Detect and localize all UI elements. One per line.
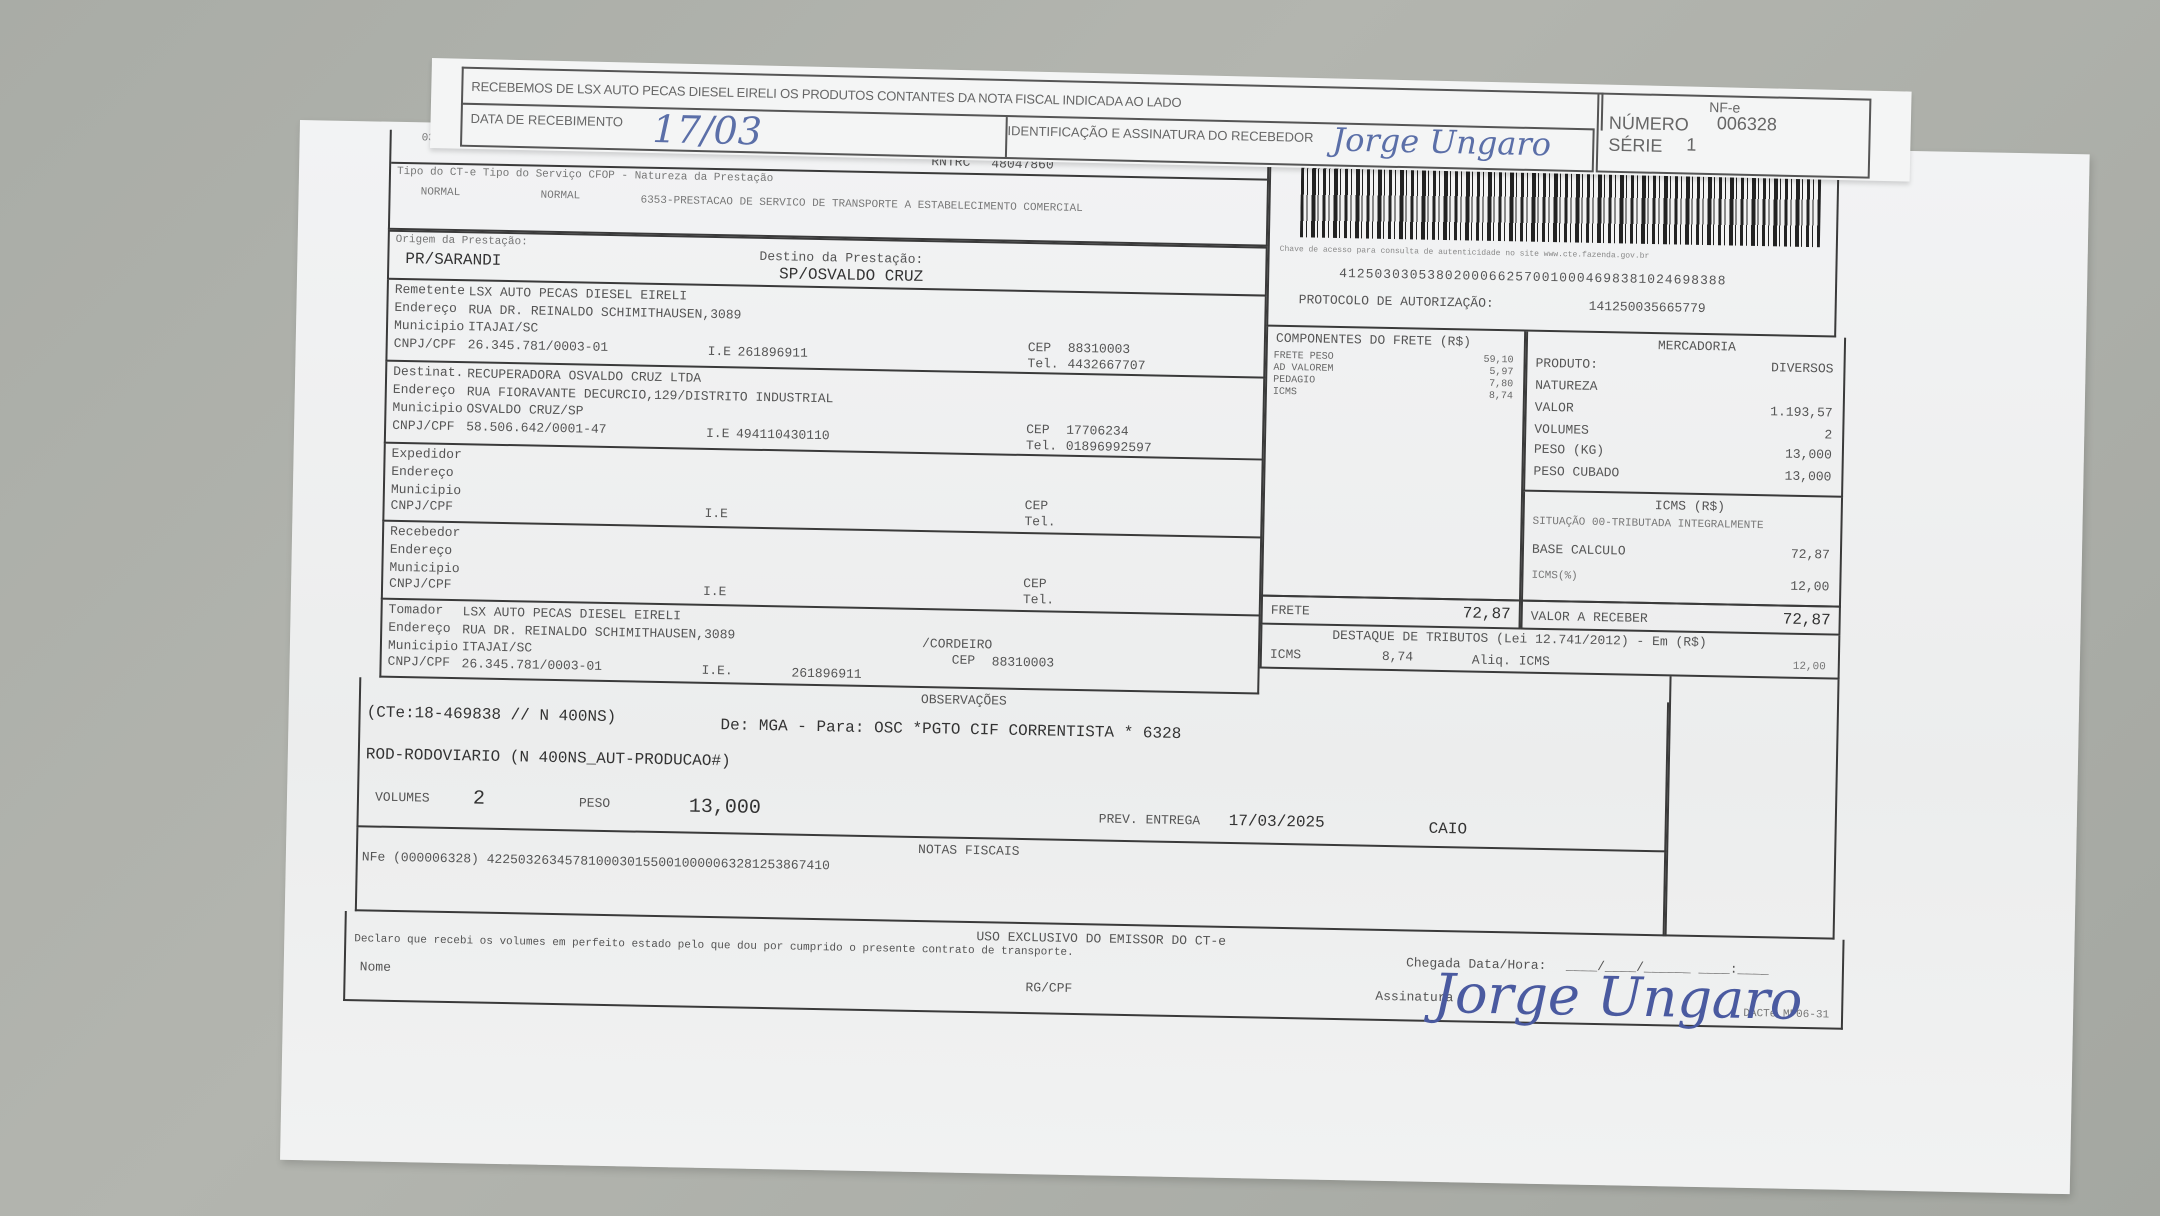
tomador-name: LSX AUTO PECAS DIESEL EIRELI (462, 604, 681, 623)
recebedor-label: Recebedor (390, 524, 460, 540)
natureza-label: NATUREZA (1535, 378, 1598, 394)
componente-label: ICMS (1273, 387, 1297, 399)
obs-volumes: 2 (473, 787, 485, 810)
tomador-cep-label: CEP (952, 653, 976, 668)
aliq-label: ICMS(%) (1531, 570, 1577, 583)
tomador-ie: 261896911 (791, 666, 861, 682)
tributos-icms-value: 8,74 (1382, 649, 1414, 665)
icms-situacao: SITUAÇÃO 00-TRIBUTADA INTEGRALMENTE (1532, 516, 1763, 532)
destinatario-ie: 494110430110 (736, 426, 830, 443)
observacoes-side (1665, 676, 1840, 939)
barcode-caption: Chave de acesso para consulta de autenti… (1280, 245, 1650, 261)
remetente-tel-label: Tel. (1027, 356, 1059, 372)
expedidor-endereco-label: Endereço (391, 464, 454, 480)
destinatario-cnpj-label: CNPJ/CPF (392, 418, 455, 434)
valor-label: VALOR (1535, 400, 1574, 416)
tomador-municipio: ITAJAI/SC (462, 639, 532, 655)
recebedor-tel-label: Tel. (1023, 592, 1055, 608)
notas-title: NOTAS FISCAIS (918, 842, 1020, 859)
valor-receber-label: VALOR A RECEBER (1531, 609, 1648, 626)
destino-value: SP/OSVALDO CRUZ (779, 265, 923, 286)
destinatario-name: RECUPERADORA OSVALDO CRUZ LTDA (467, 366, 701, 385)
componentes-block: COMPONENTES DO FRETE (R$) FRETE PESO59,1… (1261, 327, 1526, 602)
base-value: 72,87 (1791, 547, 1830, 563)
tomador-ie-label: I.E. (701, 663, 733, 679)
produto-value: DIVERSOS (1771, 360, 1834, 376)
expedidor-cep-label: CEP (1025, 498, 1049, 513)
nome-label: Nome (360, 959, 392, 975)
componentes-title: COMPONENTES DO FRETE (R$) (1276, 331, 1471, 350)
remetente-cep: 88310003 (1068, 341, 1131, 357)
rg-cpf-label: RG/CPF (1025, 980, 1072, 996)
peso-cubado-value: 13,000 (1784, 469, 1831, 485)
origem-value: PR/SARANDI (405, 250, 501, 270)
remetente-cep-label: CEP (1028, 340, 1052, 355)
peso-label: PESO (KG) (1534, 442, 1604, 458)
componente-label: FRETE PESO (1274, 351, 1334, 364)
tipo-servico: NORMAL (540, 190, 580, 203)
prev-entrega: 17/03/2025 (1229, 812, 1325, 832)
expedidor-tel-label: Tel. (1024, 514, 1056, 530)
cfop: 6353-PRESTACAO DE SERVICO DE TRANSPORTE … (640, 195, 1082, 215)
obs-line2: ROD-RODOVIARIO (N 400NS_AUT-PRODUCAO#) (366, 745, 731, 770)
tomador-endereco-label: Endereço (388, 620, 451, 636)
remetente-municipio: ITAJAI/SC (468, 319, 538, 335)
produto-label: PRODUTO: (1535, 356, 1598, 372)
observacoes-title: OBSERVAÇÕES (921, 692, 1007, 709)
volumes-value: 2 (1824, 427, 1832, 442)
valor-receber-value: 72,87 (1782, 611, 1830, 630)
prev-entrega-label: PREV. ENTREGA (1099, 811, 1201, 828)
icms-title: ICMS (R$) (1655, 498, 1725, 514)
tributos-aliq-label: Aliq. ICMS (1472, 653, 1550, 669)
remetente-municipio-label: Municipio (394, 318, 464, 334)
numero-value: 006328 (1717, 113, 1778, 135)
destinatario-municipio-label: Municipio (392, 400, 462, 416)
expedidor-municipio-label: Municipio (391, 482, 461, 498)
operador: CAIO (1428, 820, 1467, 839)
destinatario-label: Destinat. (393, 364, 463, 380)
componente-value: 5,97 (1489, 367, 1513, 379)
obs-line1a: (CTe:18-469838 // N 400NS) (366, 703, 616, 726)
receiver-signature: Jorge Ungaro (1332, 120, 1551, 163)
origem-label: Origem da Prestação: (396, 234, 528, 249)
remetente-cnpj-label: CNPJ/CPF (394, 336, 457, 352)
date-label: DATA DE RECEBIMENTO (470, 111, 623, 129)
valor-value: 1.193,57 (1770, 404, 1833, 420)
protocolo-label: PROTOCOLO DE AUTORIZAÇÃO: (1299, 292, 1494, 311)
recebedor-cep-label: CEP (1023, 576, 1047, 591)
mercadoria-title: MERCADORIA (1658, 338, 1736, 354)
serie-label: SÉRIE (1608, 135, 1662, 157)
serie-value: 1 (1686, 134, 1696, 155)
remetente-tel: 4432667707 (1067, 357, 1145, 373)
destinatario-tel-label: Tel. (1026, 438, 1058, 454)
peso-cubado-label: PESO CUBADO (1533, 464, 1619, 481)
volumes-label: VOLUMES (1534, 422, 1589, 438)
obs-line1b: De: MGA - Para: OSC *PGTO CIF CORRENTIST… (720, 716, 1181, 743)
obs-volumes-label: VOLUMES (375, 790, 430, 806)
access-key: 4125030305380200066257001000469838102469… (1339, 266, 1726, 288)
remetente-ie-label: I.E (707, 344, 731, 359)
remetente-ie: 261896911 (737, 344, 807, 360)
declaro-text: Declaro que recebi os volumes em perfeit… (354, 933, 1074, 959)
destinatario-endereco-label: Endereço (393, 382, 456, 398)
expedidor-cnpj-label: CNPJ/CPF (390, 498, 453, 514)
peso-value: 13,000 (1785, 447, 1832, 463)
dacte-form: 03.053.802/0006-62 IE 9072616623 RNTRC 4… (371, 122, 1950, 1152)
tomador-label: Tomador (388, 602, 443, 618)
destinatario-cep: 17706234 (1066, 423, 1129, 439)
nfe-box: NF-e NÚMERO 006328 SÉRIE 1 (1596, 92, 1872, 178)
expedidor-ie-label: I.E (704, 506, 728, 521)
frete-total: FRETE 72,87 (1260, 595, 1521, 630)
obs-peso: 13,000 (689, 796, 761, 820)
protocolo-value: 141250035665779 (1589, 299, 1706, 316)
componente-value: 8,74 (1489, 391, 1513, 403)
base-label: BASE CALCULO (1532, 542, 1626, 559)
remetente-label: Remetente (395, 282, 465, 298)
document-paper: 03.053.802/0006-62 IE 9072616623 RNTRC 4… (280, 120, 2090, 1194)
remetente-cnpj: 26.345.781/0003-01 (468, 337, 609, 355)
icms-block: ICMS (R$) SITUAÇÃO 00-TRIBUTADA INTEGRAL… (1521, 492, 1843, 608)
recipient-signature: Jorge Ungaro (1433, 962, 1803, 1032)
tomador-cep: 88310003 (992, 654, 1055, 670)
mercadoria-block: MERCADORIA PRODUTO: DIVERSOS NATUREZA VA… (1523, 332, 1846, 498)
tomador-municipio-label: Municipio (388, 638, 458, 654)
componentes-list: FRETE PESO59,10AD VALOREM5,97PEDAGIO7,80… (1273, 351, 1514, 404)
destinatario-cnpj: 58.506.642/0001-47 (466, 419, 607, 437)
numero-label: NÚMERO (1609, 113, 1689, 136)
obs-peso-label: PESO (579, 795, 611, 811)
remetente-name: LSX AUTO PECAS DIESEL EIRELI (469, 284, 688, 303)
frete-value: 72,87 (1463, 604, 1511, 623)
destinatario-municipio: OSVALDO CRUZ/SP (466, 401, 583, 418)
componente-label: PEDAGIO (1273, 375, 1315, 388)
remetente-endereco-label: Endereço (394, 300, 457, 316)
recebedor-ie-label: I.E (703, 584, 727, 599)
expedidor-label: Expedidor (391, 446, 461, 462)
tributos-aliq-value: 12,00 (1793, 661, 1826, 674)
recebedor-municipio-label: Municipio (389, 560, 459, 576)
tomador-cnpj: 26.345.781/0003-01 (461, 656, 602, 674)
destinatario-tel: 01896992597 (1066, 439, 1152, 456)
destinatario-ie-label: I.E (706, 426, 730, 441)
aliq-value: 12,00 (1790, 579, 1829, 595)
observacoes-block: OBSERVAÇÕES (CTe:18-469838 // N 400NS) D… (356, 677, 1669, 852)
recebedor-endereco-label: Endereço (390, 542, 453, 558)
componente-value: 7,80 (1489, 379, 1513, 391)
nfe-line: NFe (000006328) 422503263457810003015500… (362, 849, 830, 873)
frete-label: FRETE (1271, 603, 1310, 619)
tributos-icms-label: ICMS (1270, 647, 1302, 663)
date-handwritten: 17/03 (652, 107, 762, 153)
id-label: IDENTIFICAÇÃO E ASSINATURA DO RECEBEDOR (1007, 117, 1314, 152)
recebedor-cnpj-label: CNPJ/CPF (389, 576, 452, 592)
tipo-cte: NORMAL (421, 186, 461, 199)
tomador-cnpj-label: CNPJ/CPF (387, 654, 450, 670)
destino-label: Destino da Prestação: (759, 249, 923, 267)
destinatario-cep-label: CEP (1026, 422, 1050, 437)
tomador-bairro: /CORDEIRO (922, 636, 992, 652)
tributos-title: DESTAQUE DE TRIBUTOS (Lei 12.741/2012) -… (1332, 628, 1707, 650)
componente-value: 59,10 (1483, 355, 1513, 368)
